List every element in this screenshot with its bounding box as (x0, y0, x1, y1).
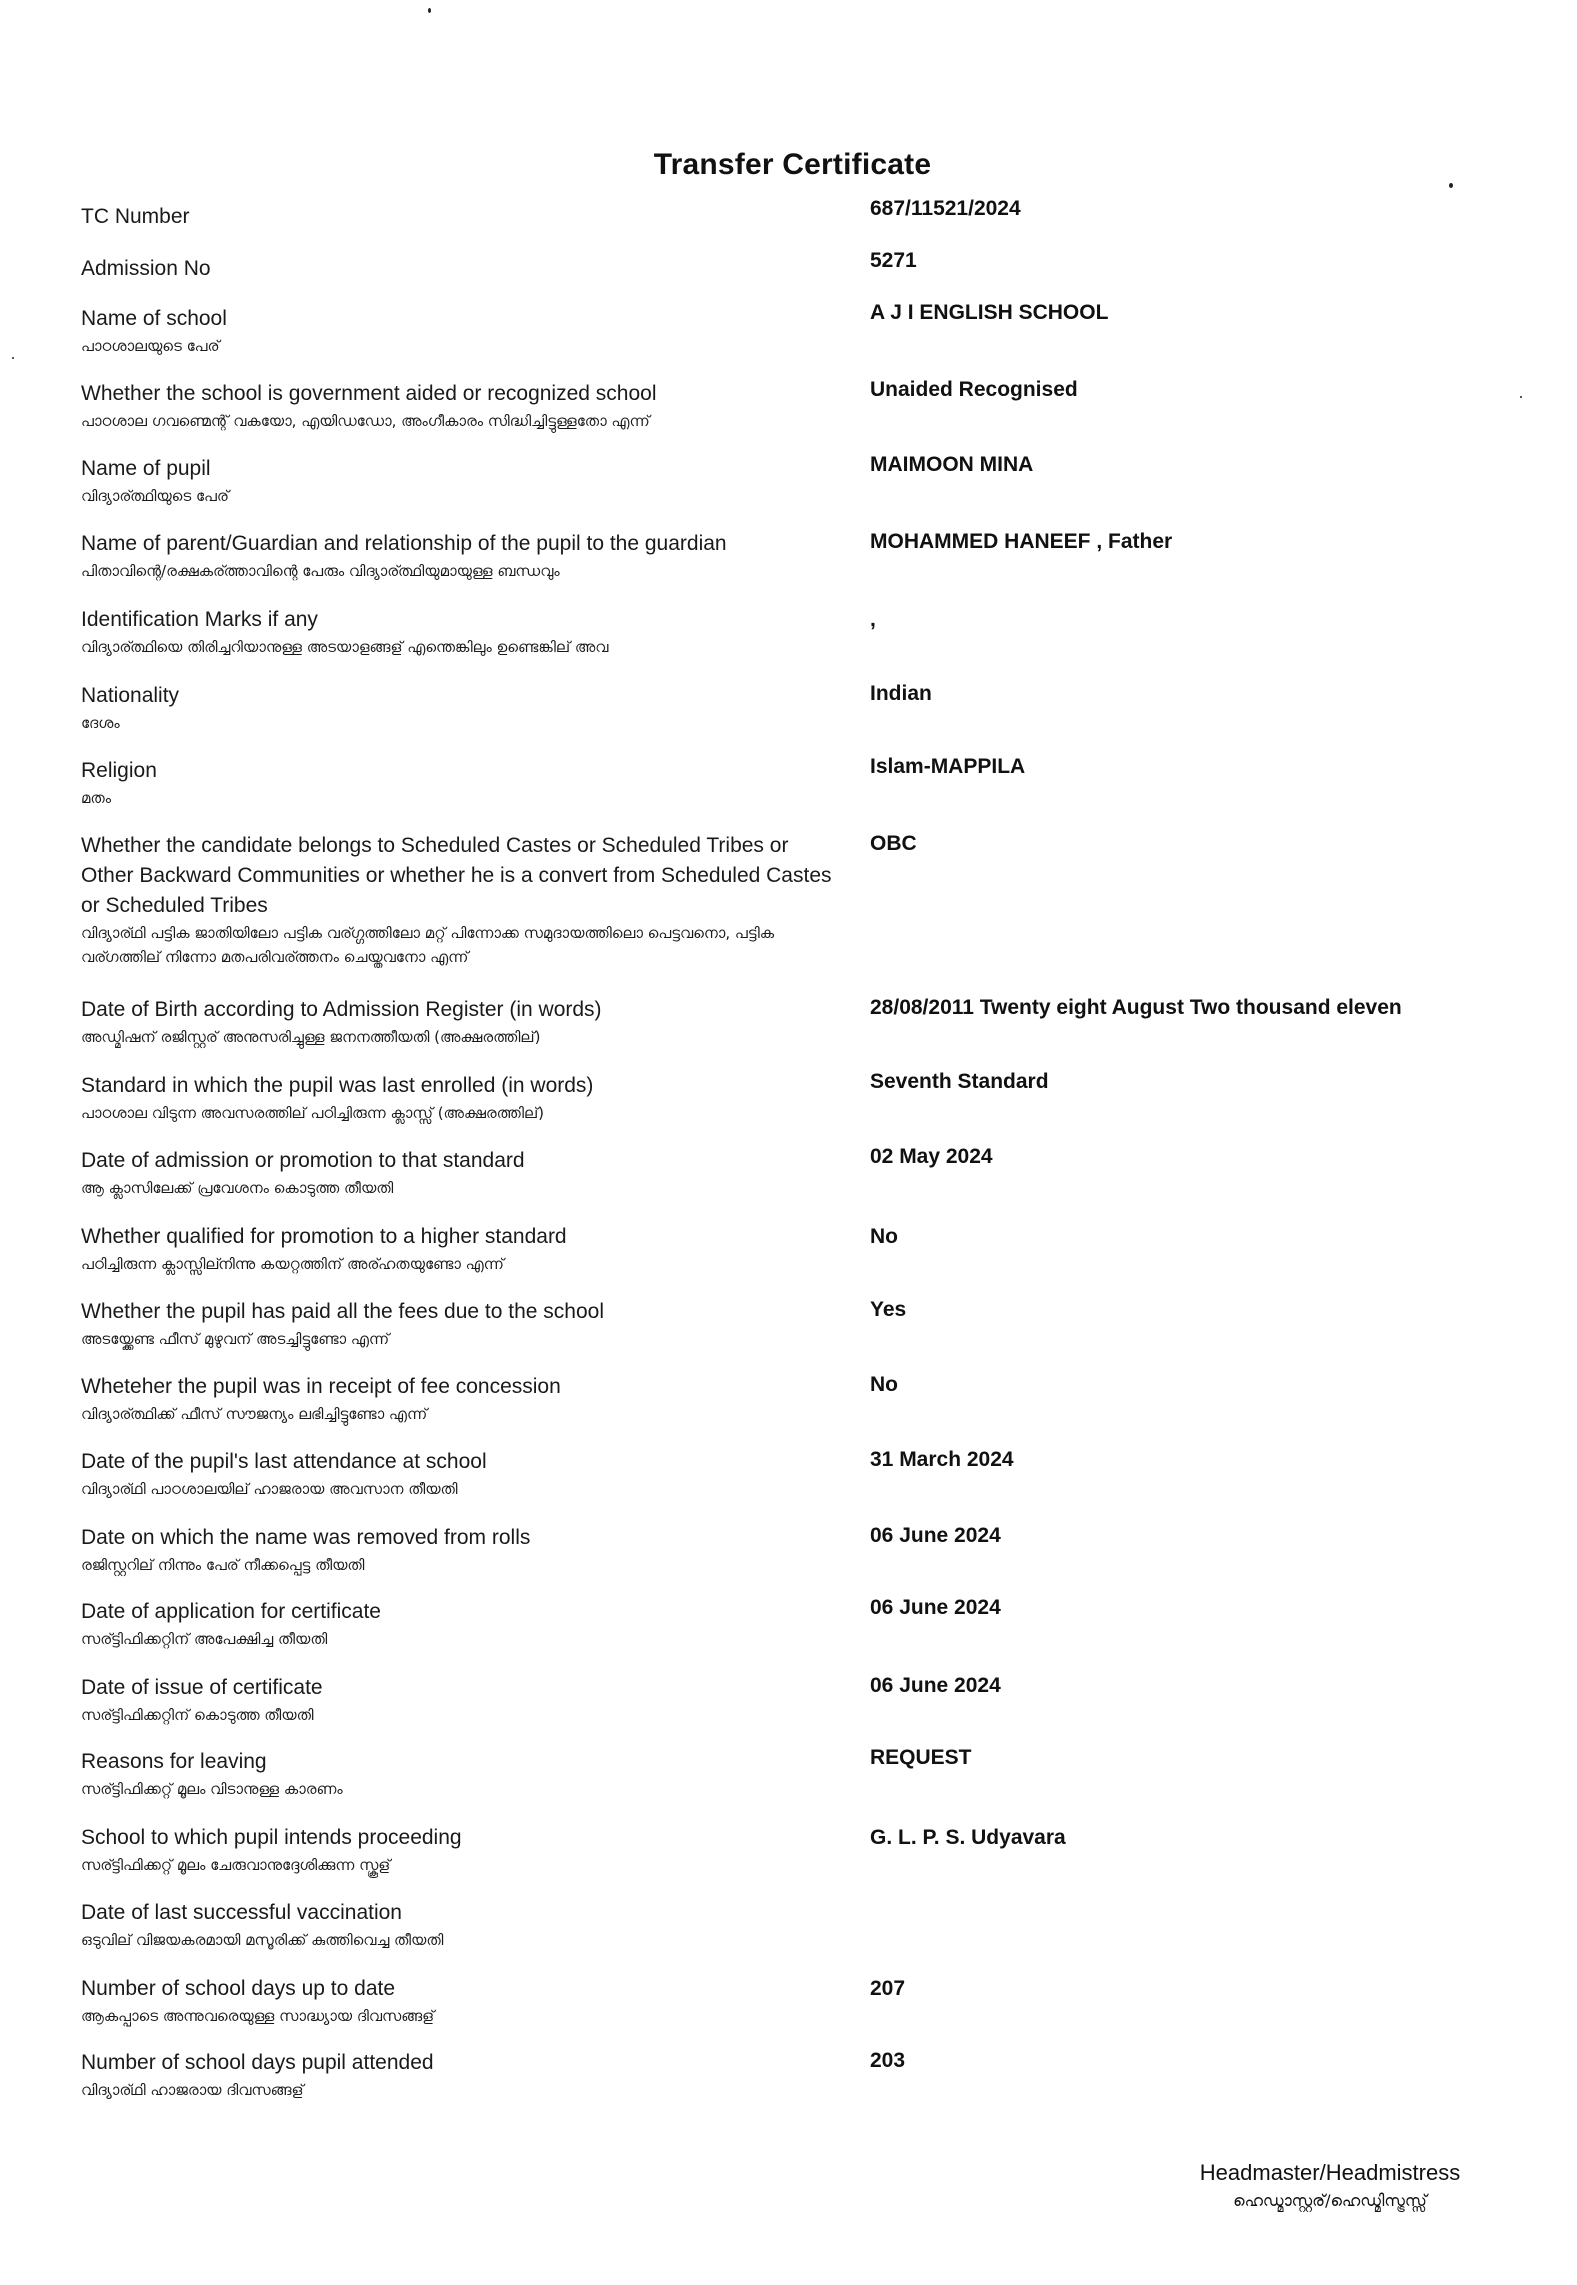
field-label-malayalam: വിദ്യാര്ത്ഥിയുടെ പേര് (81, 484, 841, 508)
field-label: Date of application for certificate സര്ട… (81, 1597, 841, 1651)
field-label: Name of school പാഠശാലയുടെ പേര് (81, 304, 841, 358)
field-label: Admission No (81, 254, 841, 284)
field-label-malayalam: പാഠശാല ഗവണ്മെന്റ് വകയോ, എയിഡഡോ, അംഗീകാരം… (81, 409, 841, 433)
field-value: 02 May 2024 (870, 1142, 993, 1172)
field-label-english: Date of last successful vaccination (81, 1901, 402, 1924)
field-label-english: Wheteher the pupil was in receipt of fee… (81, 1375, 561, 1398)
scan-speck (12, 357, 14, 359)
field-label-english: Whether qualified for promotion to a hig… (81, 1225, 567, 1248)
field-label: Standard in which the pupil was last enr… (81, 1071, 841, 1125)
field-value: No (870, 1370, 898, 1400)
field-label-malayalam: ദേശം (81, 711, 841, 735)
field-label-english: Whether the pupil has paid all the fees … (81, 1300, 604, 1323)
field-label-english: Date of application for certificate (81, 1600, 381, 1623)
field-value: 06 June 2024 (870, 1593, 1001, 1623)
field-label-english: Admission No (81, 257, 211, 280)
field-value: Indian (870, 679, 932, 709)
field-label: Whether the candidate belongs to Schedul… (81, 831, 841, 969)
field-label-malayalam: രജിസ്റ്ററില് നിന്നും പേര് നീക്കപ്പെട്ട ത… (81, 1553, 841, 1577)
field-label-english: Standard in which the pupil was last enr… (81, 1074, 593, 1097)
field-label: Name of pupil വിദ്യാര്ത്ഥിയുടെ പേര് (81, 454, 841, 508)
field-label-malayalam: അഡ്മിഷന് രജിസ്റ്റര് അനുസരിച്ചുള്ള ജനനത്ത… (81, 1025, 841, 1049)
field-label-english: Identification Marks if any (81, 608, 318, 631)
field-label-malayalam: വിദ്യാര്ഥി പട്ടിക ജാതിയിലോ പട്ടിക വര്ഗ്ഗ… (81, 921, 841, 969)
field-label-english: TC Number (81, 205, 190, 228)
field-label: Date of issue of certificate സര്ട്ടിഫിക്… (81, 1673, 841, 1727)
field-value: No (870, 1222, 898, 1252)
field-label-malayalam: ആ ക്ലാസിലേക്ക് പ്രവേശനം കൊടുത്ത തീയതി (81, 1176, 841, 1200)
field-value: 28/08/2011 Twenty eight August Two thous… (870, 993, 1402, 1023)
field-label: Identification Marks if any വിദ്യാര്ത്ഥി… (81, 605, 841, 659)
field-value: MAIMOON MINA (870, 450, 1033, 480)
field-label-english: Date of issue of certificate (81, 1676, 323, 1699)
field-label: Whether the school is government aided o… (81, 379, 841, 433)
scan-speck (1449, 183, 1453, 188)
field-label-malayalam: മതം (81, 786, 841, 810)
transfer-certificate-page: Transfer Certificate TC Number 687/11521… (0, 0, 1577, 2285)
field-label-english: Religion (81, 759, 157, 782)
field-label-english: Date of admission or promotion to that s… (81, 1149, 525, 1172)
field-label-malayalam: പിതാവിന്റെ/രക്ഷകര്ത്താവിന്റെ പേരും വിദ്യ… (81, 559, 841, 583)
field-value: A J I ENGLISH SCHOOL (870, 298, 1108, 328)
field-label-english: Date on which the name was removed from … (81, 1526, 530, 1549)
field-value: REQUEST (870, 1743, 972, 1773)
field-value: Yes (870, 1295, 906, 1325)
scan-speck (428, 8, 431, 13)
field-label: Whether the pupil has paid all the fees … (81, 1297, 841, 1351)
field-label: Number of school days pupil attended വിദ… (81, 2048, 841, 2102)
field-value: Islam-MAPPILA (870, 752, 1025, 782)
signature-title: Headmaster/Headmistress (1180, 2158, 1480, 2188)
field-value: Seventh Standard (870, 1067, 1049, 1097)
field-label-english: Date of Birth according to Admission Reg… (81, 998, 602, 1021)
field-label-english: Name of school (81, 307, 227, 330)
field-label-english: Nationality (81, 684, 179, 707)
field-value: Unaided Recognised (870, 375, 1078, 405)
field-label: TC Number (81, 202, 841, 232)
field-label: Whether qualified for promotion to a hig… (81, 1222, 841, 1276)
scan-speck (1520, 396, 1522, 398)
field-value: 203 (870, 2046, 905, 2076)
field-value: MOHAMMED HANEEF , Father (870, 527, 1172, 557)
field-label-malayalam: പാഠശാലയുടെ പേര് (81, 334, 841, 358)
field-label: School to which pupil intends proceeding… (81, 1823, 841, 1877)
signature-block: Headmaster/Headmistress ഹെഡ്മാസ്റ്റര്/ഹെ… (1180, 2158, 1480, 2214)
field-label-english: Date of the pupil's last attendance at s… (81, 1450, 487, 1473)
field-label-english: Whether the candidate belongs to Schedul… (81, 834, 832, 917)
field-label: Name of parent/Guardian and relationship… (81, 529, 841, 583)
field-value: 06 June 2024 (870, 1671, 1001, 1701)
field-label-english: School to which pupil intends proceeding (81, 1826, 462, 1849)
field-value: 31 March 2024 (870, 1445, 1014, 1475)
field-label: Date of admission or promotion to that s… (81, 1146, 841, 1200)
field-value: 06 June 2024 (870, 1521, 1001, 1551)
field-label: Date of last successful vaccination ഒടുവ… (81, 1898, 841, 1952)
field-value: , (870, 605, 876, 635)
field-label-malayalam: സര്ട്ടിഫിക്കറ്റിന് കൊടുത്ത തീയതി (81, 1703, 841, 1727)
field-value: OBC (870, 829, 917, 859)
field-label-english: Reasons for leaving (81, 1750, 267, 1773)
field-label-malayalam: ഒടുവില് വിജയകരമായി മസൂരിക്ക് കുത്തിവെച്ച… (81, 1928, 841, 1952)
field-label-malayalam: വിദ്യാര്ഥി ഹാജരായ ദിവസങ്ങള് (81, 2078, 841, 2102)
field-value: 5271 (870, 246, 917, 276)
field-label-english: Name of pupil (81, 457, 211, 480)
field-label: Date of the pupil's last attendance at s… (81, 1447, 841, 1501)
field-label-malayalam: സര്ട്ടിഫിക്കറ്റ് മൂലം ചേരുവാനുദ്ദേശിക്കു… (81, 1853, 841, 1877)
field-label: Nationality ദേശം (81, 681, 841, 735)
field-label: Date on which the name was removed from … (81, 1523, 841, 1577)
field-label-malayalam: വിദ്യാര്ത്ഥിയെ തിരിച്ചറിയാനുള്ള അടയാളങ്ങ… (81, 635, 841, 659)
field-label-malayalam: അടയ്ക്കേണ്ട ഫീസ് മുഴുവന് അടച്ചിട്ടുണ്ടോ … (81, 1327, 841, 1351)
field-label-malayalam: വിദ്യാര്ത്ഥിക്ക് ഫീസ് സൗജന്യം ലഭിച്ചിട്ട… (81, 1402, 841, 1426)
field-label-english: Whether the school is government aided o… (81, 382, 657, 405)
field-label-malayalam: പഠിച്ചിരുന്ന ക്ലാസ്സില്നിന്നു കയറ്റത്തിന… (81, 1252, 841, 1276)
field-label-malayalam: വിദ്യാര്ഥി പാഠശാലയില് ഹാജരായ അവസാന തീയതി (81, 1477, 841, 1501)
field-label-malayalam: സര്ട്ടിഫിക്കറ്റ് മൂലം വിടാനുള്ള കാരണം (81, 1777, 841, 1801)
field-label: Wheteher the pupil was in receipt of fee… (81, 1372, 841, 1426)
field-label-english: Number of school days pupil attended (81, 2051, 434, 2074)
field-label-english: Number of school days up to date (81, 1977, 395, 2000)
document-title: Transfer Certificate (0, 148, 1577, 182)
field-value: 207 (870, 1974, 905, 2004)
field-label-malayalam: സര്ട്ടിഫിക്കറ്റിന് അപേക്ഷിച്ച തീയതി (81, 1627, 841, 1651)
field-value: G. L. P. S. Udyavara (870, 1823, 1066, 1853)
field-label-malayalam: പാഠശാല വിടുന്ന അവസരത്തില് പഠിച്ചിരുന്ന ക… (81, 1101, 841, 1125)
field-value: 687/11521/2024 (870, 194, 1021, 224)
field-label: Religion മതം (81, 756, 841, 810)
field-label-malayalam: ആകപ്പാടെ അന്നുവരെയുള്ള സാദ്ധ്യായ ദിവസങ്ങ… (81, 2004, 841, 2028)
field-label: Reasons for leaving സര്ട്ടിഫിക്കറ്റ് മൂല… (81, 1747, 841, 1801)
field-label: Number of school days up to date ആകപ്പാട… (81, 1974, 841, 2028)
signature-title-malayalam: ഹെഡ്മാസ്റ്റര്/ഹെഡ്മിസ്ട്രസ്സ് (1180, 2188, 1480, 2214)
field-label-english: Name of parent/Guardian and relationship… (81, 532, 727, 555)
field-label: Date of Birth according to Admission Reg… (81, 995, 841, 1049)
